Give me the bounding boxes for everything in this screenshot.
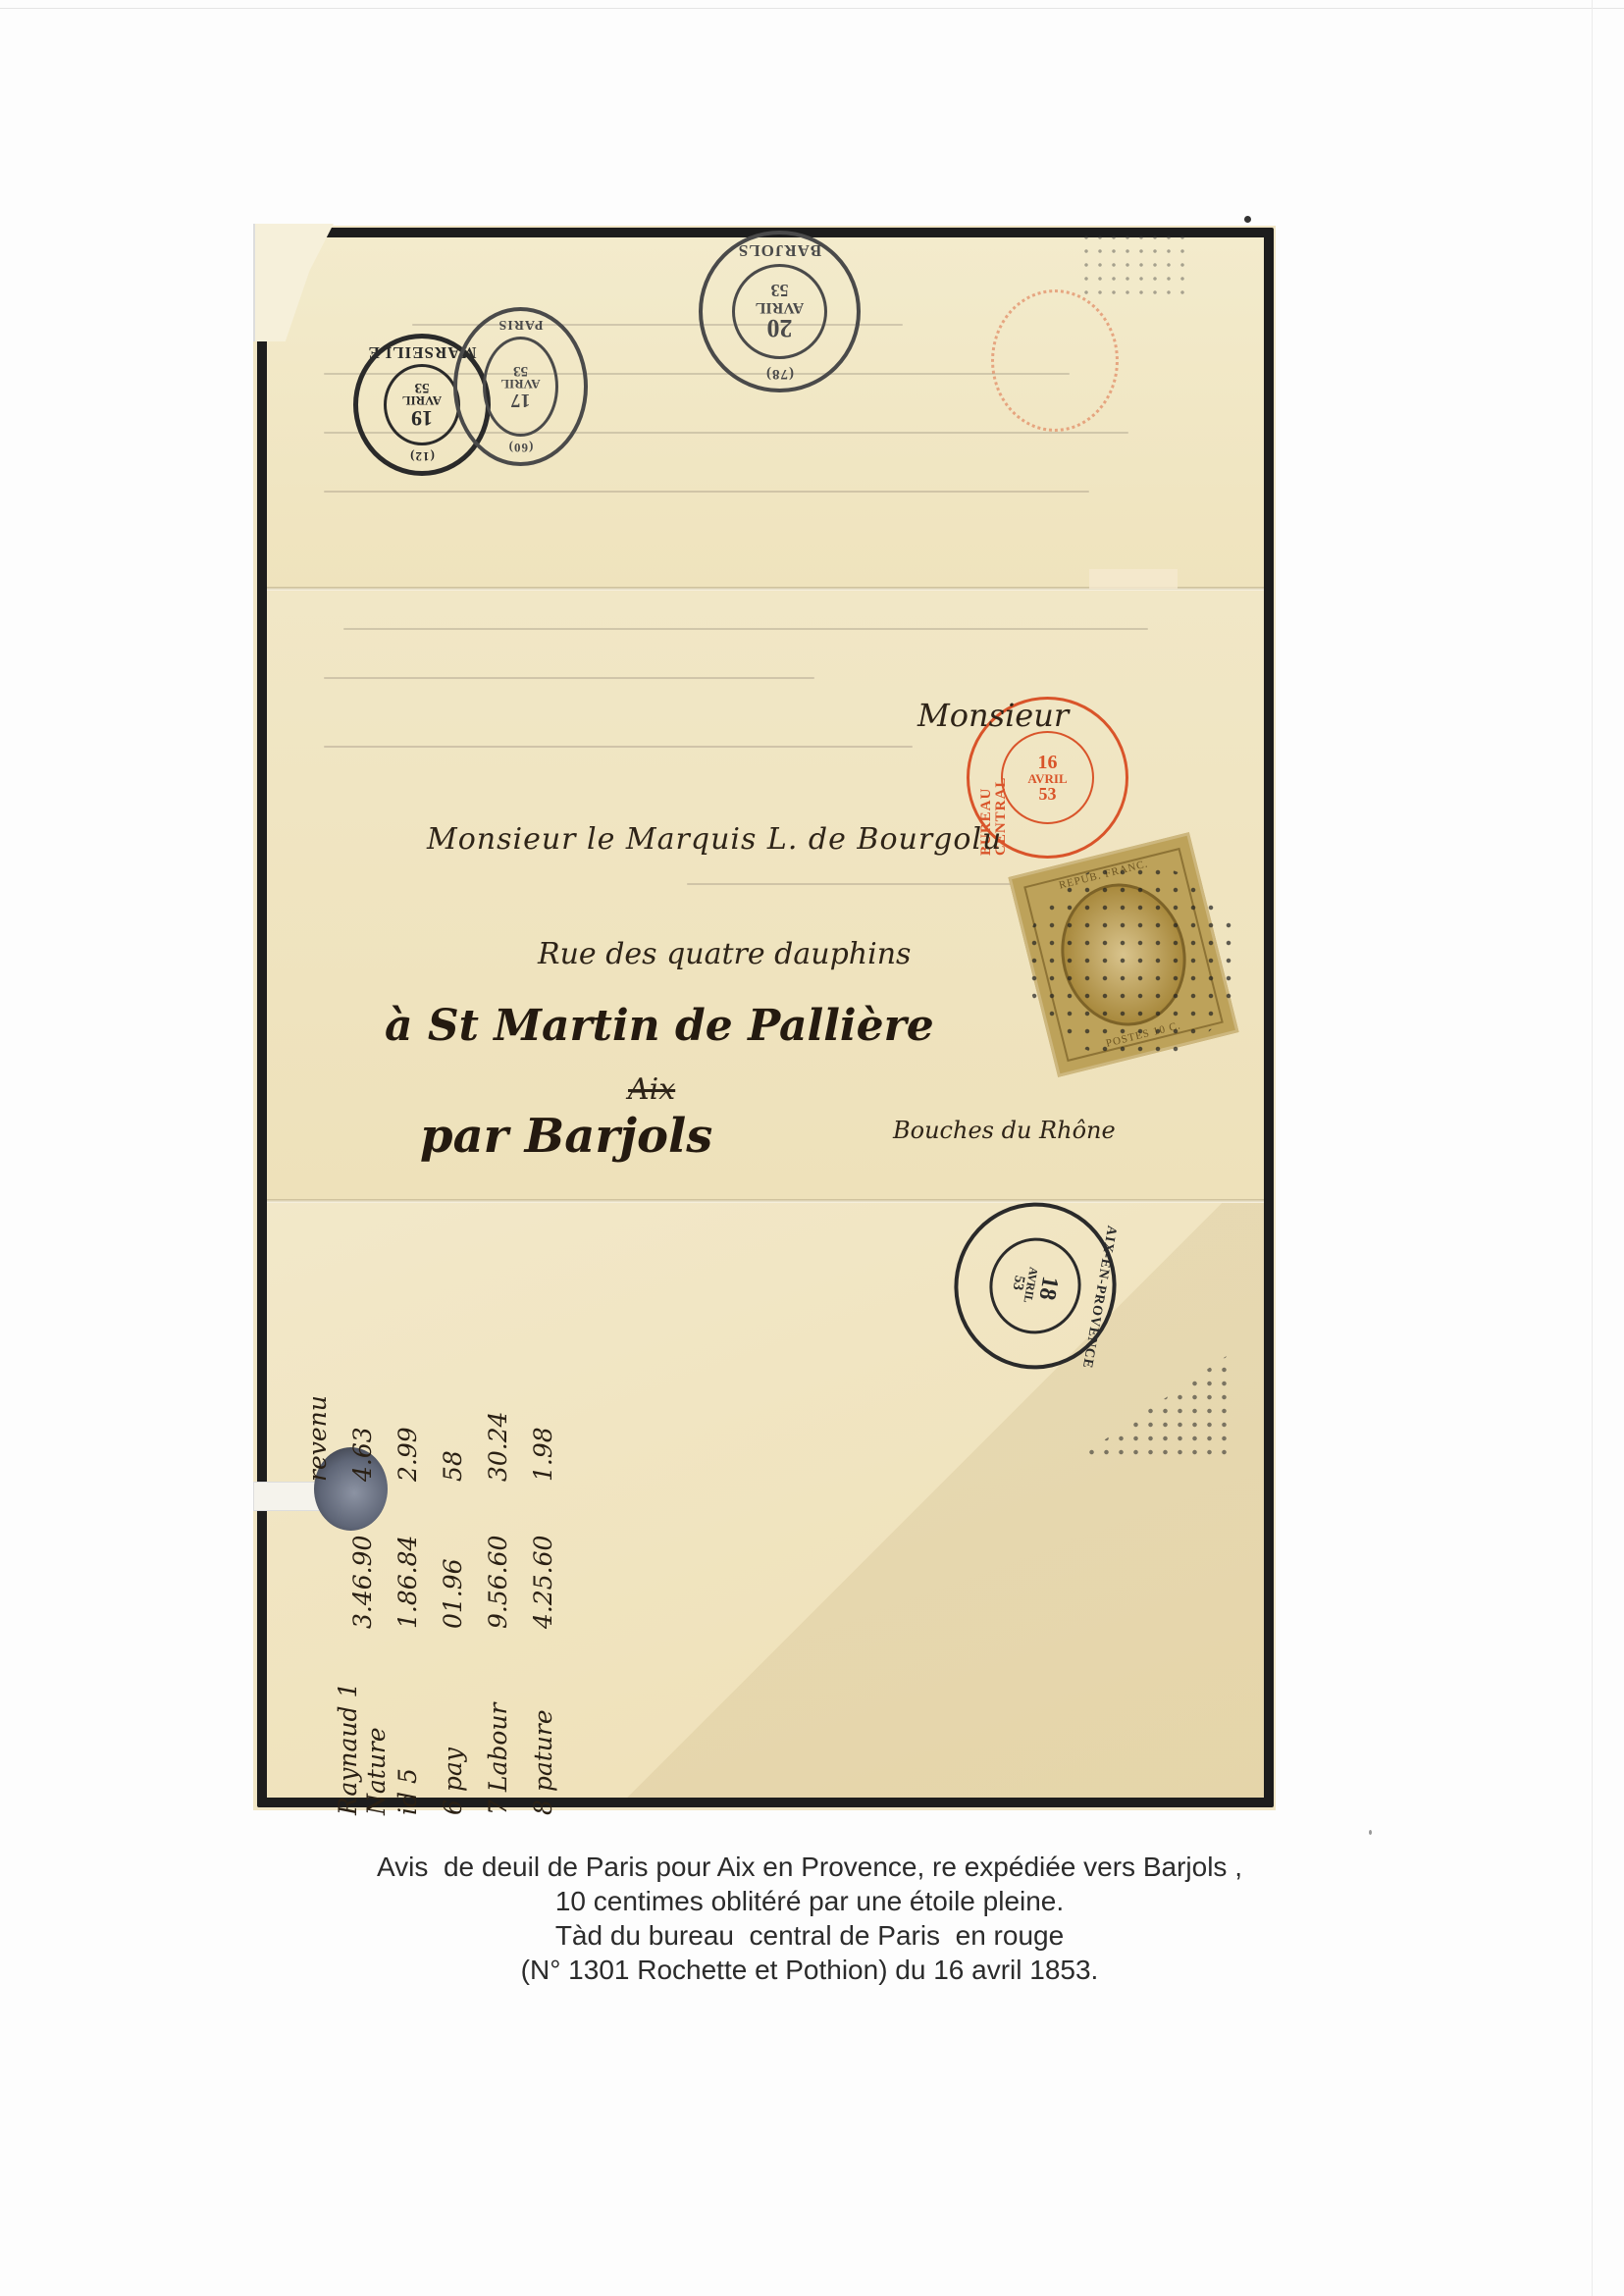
accounts-revenue: 1.98 xyxy=(529,1393,557,1482)
accounts-header: revenu xyxy=(303,1393,332,1482)
caption-line: 10 centimes oblitéré par une étoile plei… xyxy=(245,1884,1374,1918)
postmark-dept: (78) xyxy=(765,366,794,381)
caption-line: (N° 1301 Rochette et Pothion) du 16 avri… xyxy=(245,1953,1374,1987)
postmark-dept: (12) xyxy=(409,450,435,463)
accounts-row: Raynaud 1 Nature 3.46.90 4.63 xyxy=(340,1266,385,1815)
postmark-paris-transit: PARIS (60) 17 AVRIL 53 xyxy=(453,307,588,466)
dust-speck xyxy=(1369,1830,1372,1835)
address-department: Bouches du Rhône xyxy=(893,1117,1116,1144)
page-edge xyxy=(1592,0,1593,2296)
postmark-dept: (60) xyxy=(508,442,534,454)
handwritten-accounts: revenu Raynaud 1 Nature 3.46.90 4.63 id … xyxy=(294,1266,608,1815)
scan-top-rule xyxy=(0,8,1624,9)
accounts-revenue: 58 xyxy=(439,1393,467,1482)
show-through-writing xyxy=(324,746,913,748)
accounts-amount: 01.96 xyxy=(439,1482,467,1629)
address-salutation: Monsieur xyxy=(917,697,1069,734)
accounts-revenue: 4.63 xyxy=(348,1393,377,1482)
accounts-amount: 4.25.60 xyxy=(529,1482,557,1629)
postmark-barjols: BARJOLS (78) 20 AVRIL 53 xyxy=(699,231,861,392)
dust-speck xyxy=(1244,216,1251,223)
star-cancel-offset-top xyxy=(1079,231,1187,304)
address-street: Rue des quatre dauphins xyxy=(538,937,911,971)
accounts-label: 6 pay xyxy=(439,1629,467,1815)
paper-repair-patch xyxy=(1089,569,1178,589)
accounts-amount: 3.46.90 xyxy=(348,1482,377,1629)
accounts-row: 7 Labour 9.56.60 30.24 xyxy=(475,1266,520,1815)
star-cancel-on-stamp xyxy=(1025,863,1241,1060)
caption-line: Tàd du bureau central de Paris en rouge xyxy=(245,1918,1374,1953)
accounts-label: Raynaud 1 Nature xyxy=(334,1629,391,1815)
accounts-revenue: 30.24 xyxy=(484,1393,512,1482)
accounts-revenue: 2.99 xyxy=(393,1393,422,1482)
show-through-writing xyxy=(343,628,1148,630)
address-recipient: Monsieur le Marquis L. de Bourgolu xyxy=(427,822,1002,857)
postmark-red-offset-faint xyxy=(991,289,1119,432)
show-through-writing xyxy=(324,491,1089,493)
postmark-town: BARJOLS xyxy=(738,242,821,259)
accounts-row: 8 pature 4.25.60 1.98 xyxy=(520,1266,565,1815)
address-locality: à St Martin de Pallière xyxy=(385,1001,934,1051)
accounts-label: 8 pature xyxy=(529,1629,557,1815)
accounts-label: 7 Labour xyxy=(484,1629,512,1815)
accounts-row: 6 pay 01.96 58 xyxy=(430,1266,475,1815)
caption-line: Avis de deuil de Paris pour Aix en Prove… xyxy=(245,1850,1374,1884)
accounts-row: id 5 1.86.84 2.99 xyxy=(385,1266,430,1815)
address-struck-city: Aix xyxy=(628,1072,675,1107)
accounts-label: id 5 xyxy=(393,1629,422,1815)
album-caption: Avis de deuil de Paris pour Aix en Prove… xyxy=(245,1850,1374,1987)
accounts-amount: 1.86.84 xyxy=(393,1482,422,1629)
address-via-town: par Barjols xyxy=(420,1109,712,1164)
show-through-writing xyxy=(324,677,814,679)
postmark-town: PARIS xyxy=(498,317,544,331)
accounts-amount: 9.56.60 xyxy=(484,1482,512,1629)
